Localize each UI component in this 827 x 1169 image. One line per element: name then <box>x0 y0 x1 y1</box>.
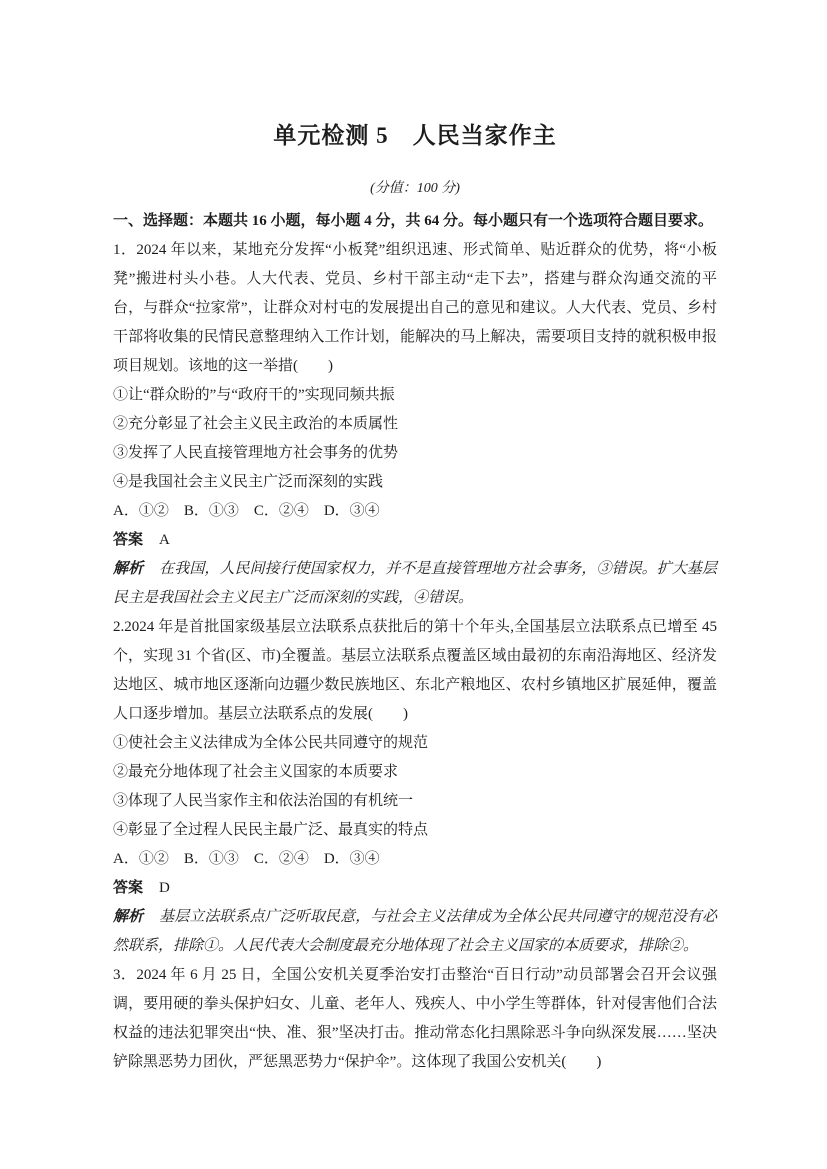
question-1-option-3: ③发挥了人民直接管理地方社会事务的优势 <box>113 439 717 468</box>
question-1-option-1: ①让“群众盼的”与“政府干的”实现同频共振 <box>113 381 717 410</box>
question-2-option-3: ③体现了人民当家作主和依法治国的有机统一 <box>113 787 717 816</box>
question-2-stem: 2.2024 年是首批国家级基层立法联系点获批后的第十个年头,全国基层立法联系点… <box>113 613 717 729</box>
question-2-answer-row: 答案D <box>113 874 717 903</box>
question-1-option-4: ④是我国社会主义民主广泛而深刻的实践 <box>113 468 717 497</box>
question-1-answer-row: 答案A <box>113 526 717 555</box>
question-2-analysis-row: 解析基层立法联系点广泛听取民意，与社会主义法律成为全体公民共同遵守的规范没有必然… <box>113 903 717 961</box>
analysis-label: 解析 <box>113 909 143 925</box>
section-header: 一、选择题：本题共 16 小题，每小题 4 分，共 64 分。每小题只有一个选项… <box>113 207 717 236</box>
score-note: (分值：100 分) <box>113 178 717 200</box>
answer-label: 答案 <box>113 880 143 896</box>
question-2-option-4: ④彰显了全过程人民民主最广泛、最真实的特点 <box>113 816 717 845</box>
analysis-text: 基层立法联系点广泛听取民意，与社会主义法律成为全体公民共同遵守的规范没有必然联系… <box>113 909 717 954</box>
question-2-option-2: ②最充分地体现了社会主义国家的本质要求 <box>113 758 717 787</box>
question-2: 2.2024 年是首批国家级基层立法联系点获批后的第十个年头,全国基层立法联系点… <box>113 613 717 961</box>
question-1-choices: A．①② B．①③ C．②④ D．③④ <box>113 497 717 526</box>
question-2-choices: A．①② B．①③ C．②④ D．③④ <box>113 845 717 874</box>
question-3: 3．2024 年 6 月 25 日，全国公安机关夏季治安打击整治“百日行动”动员… <box>113 961 717 1077</box>
question-3-stem: 3．2024 年 6 月 25 日，全国公安机关夏季治安打击整治“百日行动”动员… <box>113 961 717 1077</box>
answer-value: A <box>159 532 170 548</box>
answer-label: 答案 <box>113 532 143 548</box>
question-1-option-2: ②充分彰显了社会主义民主政治的本质属性 <box>113 410 717 439</box>
page-title: 单元检测 5 人民当家作主 <box>113 120 717 152</box>
answer-value: D <box>159 880 170 896</box>
analysis-text: 在我国，人民间接行使国家权力，并不是直接管理地方社会事务，③错误。扩大基层民主是… <box>113 561 717 606</box>
question-1-stem: 1．2024 年以来，某地充分发挥“小板凳”组织迅速、形式简单、贴近群众的优势，… <box>113 236 717 381</box>
analysis-label: 解析 <box>113 561 143 577</box>
question-2-option-1: ①使社会主义法律成为全体公民共同遵守的规范 <box>113 729 717 758</box>
question-1-analysis-row: 解析在我国，人民间接行使国家权力，并不是直接管理地方社会事务，③错误。扩大基层民… <box>113 555 717 613</box>
question-1: 1．2024 年以来，某地充分发挥“小板凳”组织迅速、形式简单、贴近群众的优势，… <box>113 236 717 613</box>
exam-page: 单元检测 5 人民当家作主 (分值：100 分) 一、选择题：本题共 16 小题… <box>113 120 717 1077</box>
